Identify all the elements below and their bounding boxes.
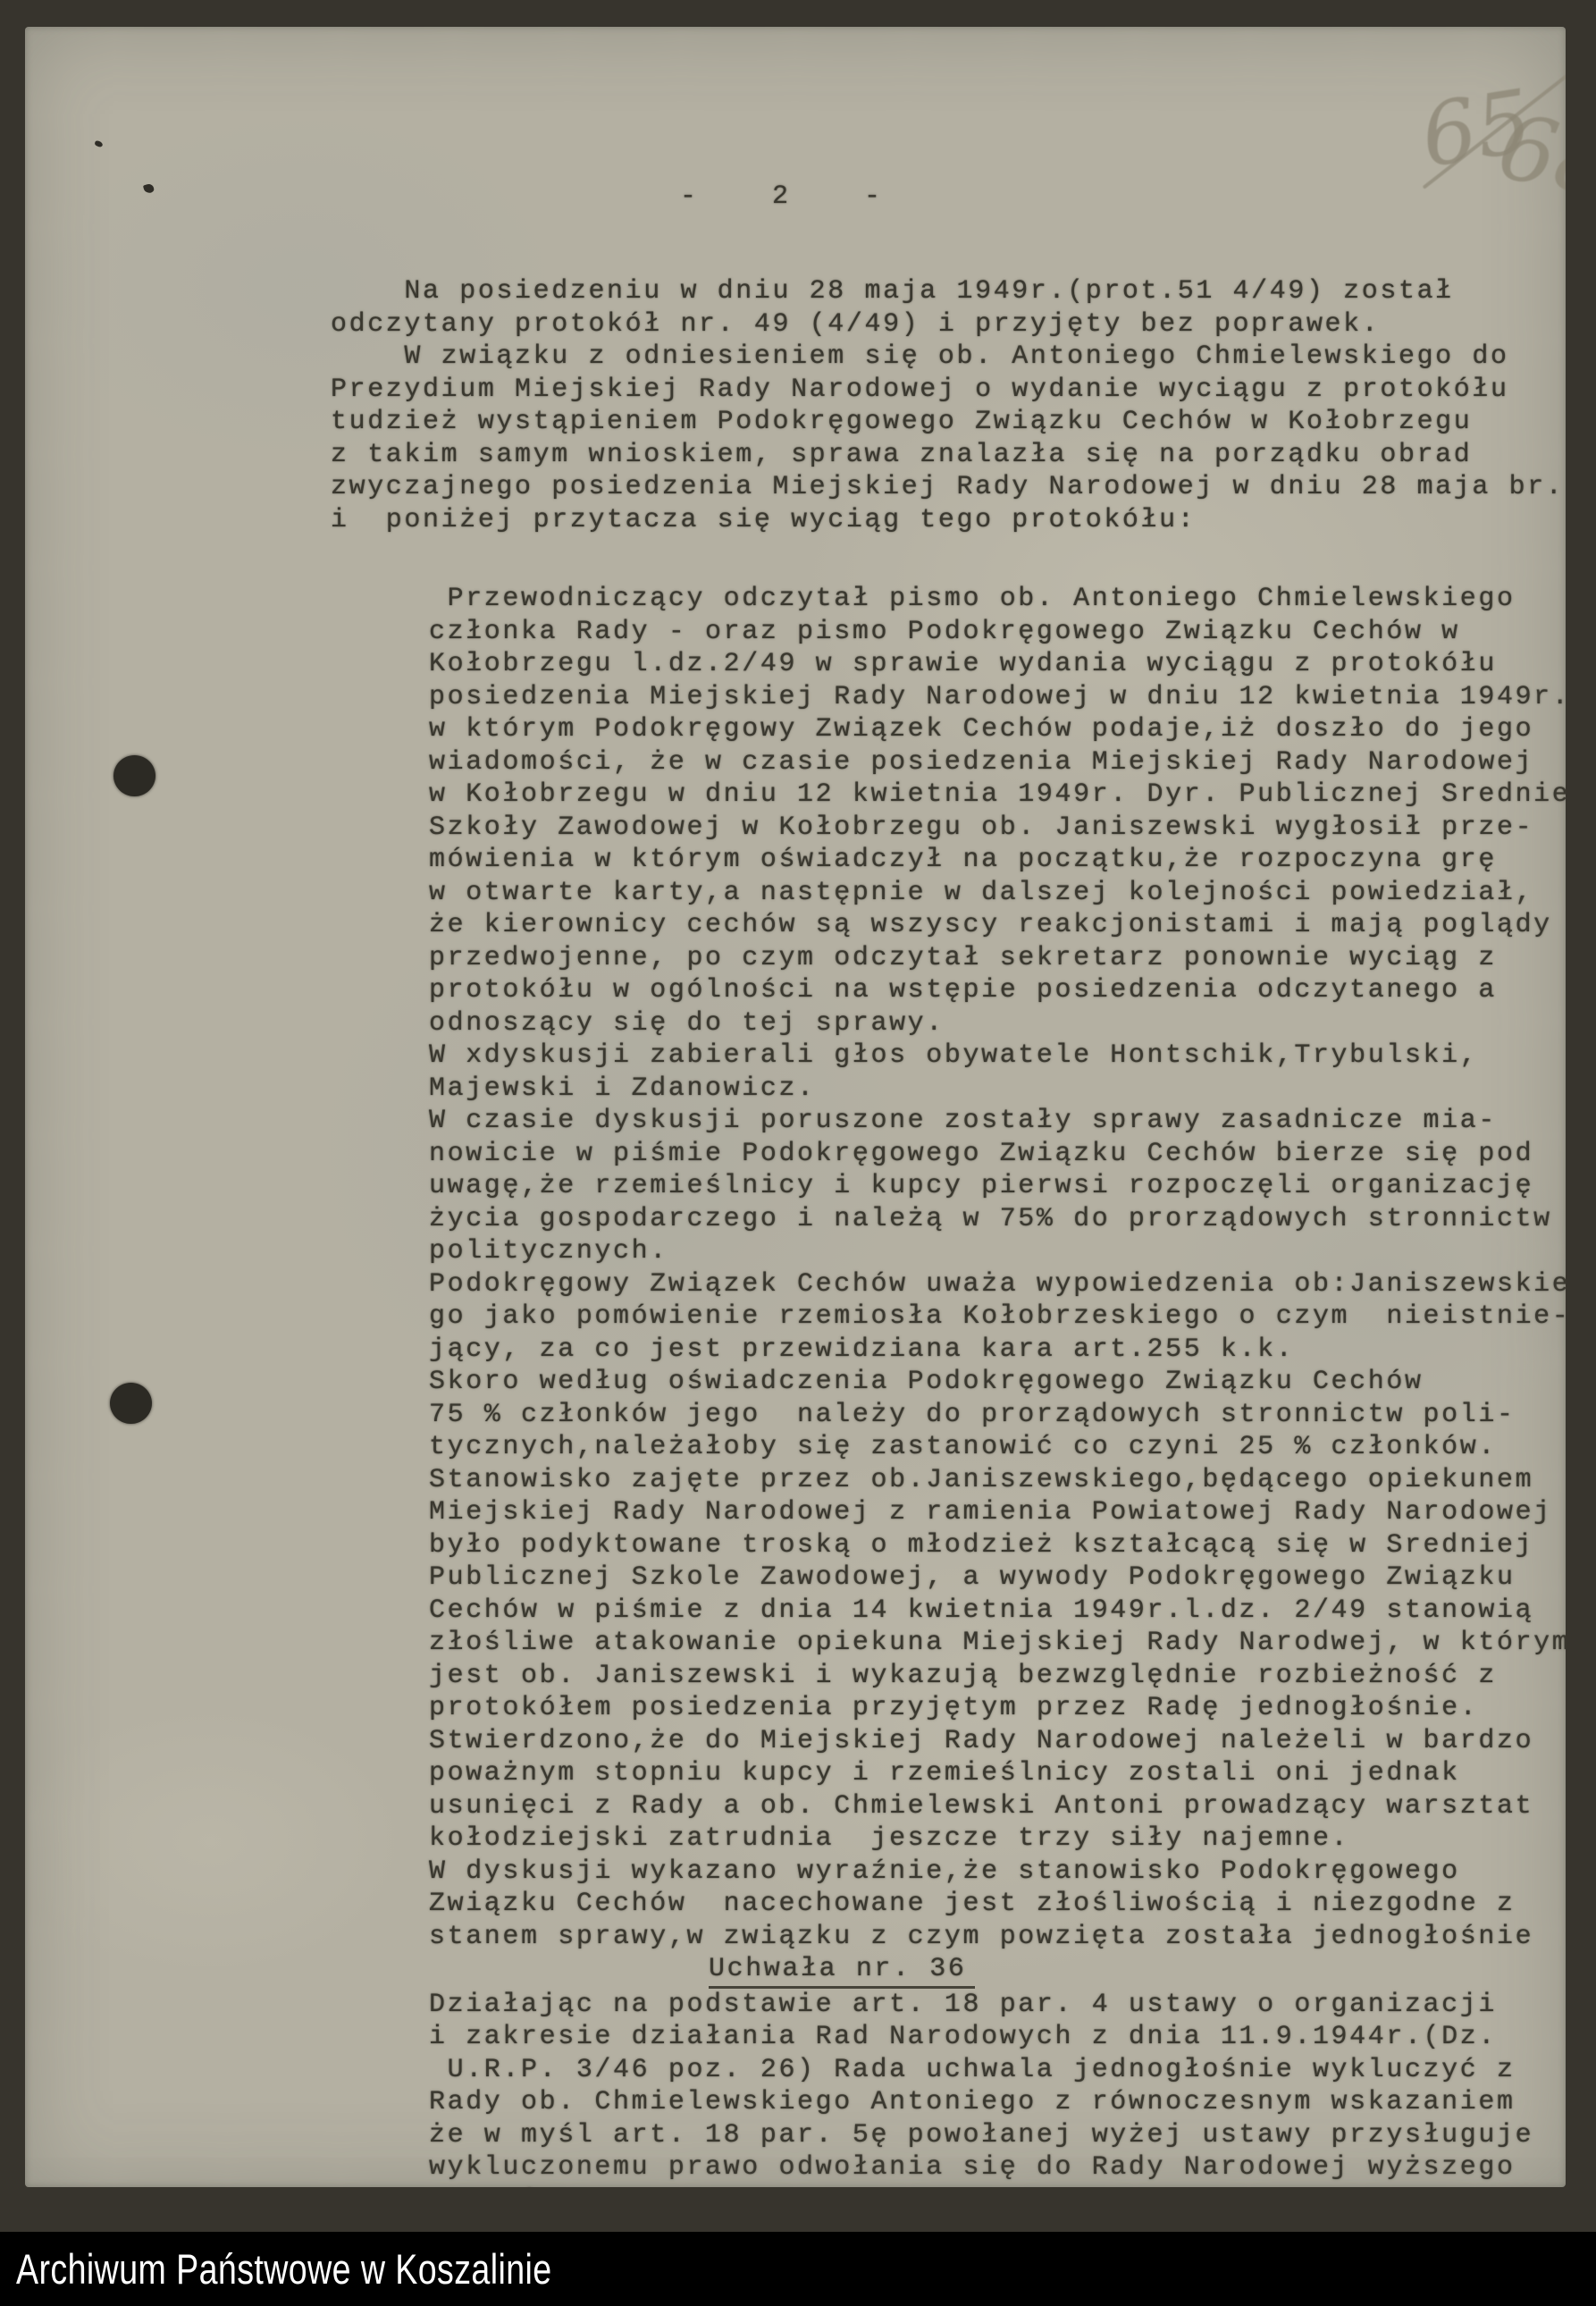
text-line: usunięci z Rady a ob. Chmielewski Antoni… (429, 1790, 1566, 1823)
text-line: i zakresie działania Rad Narodowych z dn… (429, 2021, 1566, 2054)
text-line: go jako pomówienie rzemiosła Kołobrzeski… (429, 1300, 1566, 1334)
text-line: posiedzenia Miejskiej Rady Narodowej w d… (429, 681, 1566, 714)
text-line: U.R.P. 3/46 poz. 26) Rada uchwala jednog… (429, 2054, 1566, 2087)
text-line: Działając na podstawie art. 18 par. 4 us… (429, 1989, 1566, 2022)
text-line: Kołobrzegu l.dz.2/49 w sprawie wydania w… (429, 648, 1566, 681)
intro-paragraph: Na posiedzeniu w dniu 28 maja 1949r.(pro… (331, 275, 1566, 536)
text-line: W xdyskusji zabierali głos obywatele Hon… (429, 1039, 1566, 1073)
text-line: W dyskusji wykazano wyraźnie,że stanowis… (429, 1856, 1566, 1889)
text-line: Prezydium Miejskiej Rady Narodowej o wyd… (331, 374, 1566, 407)
text-line: przedwojenne, po czym odczytał sekretarz… (429, 942, 1566, 975)
text-line: że w myśl art. 18 par. 5ę powołanej wyże… (429, 2119, 1566, 2152)
text-line: że kierownicy cechów są wszyscy reakcjon… (429, 909, 1566, 942)
text-line: uwagę,że rzemieślnicy i kupcy pierwsi ro… (429, 1170, 1566, 1203)
document-page: - 2 - 65 68 Na posiedzeniu w dniu 28 maj… (25, 27, 1566, 2187)
text-line: wiadomości, że w czasie posiedzenia Miej… (429, 746, 1566, 779)
punch-hole-top (113, 755, 155, 796)
text-line: Majewski i Zdanowicz. (429, 1073, 1566, 1106)
text-line: protokółem posiedzenia przyjętym przez R… (429, 1692, 1566, 1725)
text-line: Stanowisko zajęte przez ob.Janiszewskieg… (429, 1464, 1566, 1497)
text-line: Na posiedzeniu w dniu 28 maja 1949r.(pro… (331, 275, 1566, 308)
text-line: odczytany protokół nr. 49 (4/49) i przyj… (331, 308, 1566, 341)
text-line: życia gospodarczego i należą w 75% do pr… (429, 1203, 1566, 1236)
text-line: Publicznej Szkole Zawodowej, a wywody Po… (429, 1561, 1566, 1595)
archive-caption: Archiwum Państwowe w Koszalinie (16, 2244, 552, 2293)
text-line: kołodziejski zatrudnia jeszcze trzy siły… (429, 1822, 1566, 1856)
text-line: w którym Podokręgowy Związek Cechów poda… (429, 713, 1566, 746)
text-line: W związku z odniesieniem się ob. Antonie… (331, 341, 1566, 374)
text-line: w otwarte karty,a następnie w dalszej ko… (429, 877, 1566, 910)
punch-hole-bottom (110, 1383, 152, 1424)
text-line: Przewodniczący odczytał pismo ob. Antoni… (429, 583, 1566, 616)
text-line: nowicie w piśmie Podokręgowego Związku C… (429, 1138, 1566, 1171)
text-line: Szkoły Zawodowej w Kołobrzegu ob. Janisz… (429, 812, 1566, 845)
text-line: Cechów w piśmie z dnia 14 kwietnia 1949r… (429, 1595, 1566, 1628)
text-line: poważnym stopniu kupcy i rzemieślnicy zo… (429, 1757, 1566, 1790)
text-line: Skoro według oświadczenia Podokręgowego … (429, 1366, 1566, 1399)
text-line: Stwierdzono,że do Miejskiej Rady Narodow… (429, 1725, 1566, 1758)
text-line: Podokręgowy Związek Cechów uważa wypowie… (429, 1268, 1566, 1301)
text-line: było podyktowane troską o młodzież kszta… (429, 1529, 1566, 1562)
scanned-document-view: - 2 - 65 68 Na posiedzeniu w dniu 28 maj… (0, 0, 1596, 2306)
text-line: politycznych. (429, 1235, 1566, 1268)
ink-speck (94, 140, 104, 148)
text-line: wykluczonemu prawo odwołania się do Rady… (429, 2151, 1566, 2184)
text-line: i poniżej przytacza się wyciąg tego prot… (331, 504, 1566, 537)
text-line: W czasie dyskusji poruszone zostały spra… (429, 1105, 1566, 1138)
text-line: zwyczajnego posiedzenia Miejskiej Rady N… (331, 471, 1566, 504)
text-line: złośliwe atakowanie opiekuna Miejskiej R… (429, 1627, 1566, 1660)
ink-speck (143, 183, 155, 195)
text-line: odnoszący się do tej sprawy. (429, 1007, 1566, 1040)
text-line: tudzież wystąpieniem Podokręgowego Związ… (331, 406, 1566, 439)
page-number: - 2 - (680, 181, 883, 214)
resolution-heading: Uchwała nr. 36 (709, 1953, 975, 1989)
resolution-heading-line: Uchwała nr. 36 (429, 1953, 1566, 1989)
text-line: tycznych,należałoby się zastanowić co cz… (429, 1431, 1566, 1464)
text-line: w Kołobrzegu w dniu 12 kwietnia 1949r. D… (429, 778, 1566, 812)
archive-caption-bar: Archiwum Państwowe w Koszalinie (0, 2232, 1596, 2306)
text-line: jący, za co jest przewidziana kara art.2… (429, 1334, 1566, 1367)
text-line: stanem sprawy,w związku z czym powzięta … (429, 1921, 1566, 1954)
text-line: stopnia. (429, 2184, 1566, 2188)
text-line: jest ob. Janiszewski i wykazują bezwzglę… (429, 1660, 1566, 1693)
excerpt-paragraph: Przewodniczący odczytał pismo ob. Antoni… (429, 583, 1566, 1953)
text-line: członka Rady - oraz pismo Podokręgowego … (429, 616, 1566, 649)
text-line: z takim samym wnioskiem, sprawa znalazła… (331, 439, 1566, 472)
resolution-paragraph: Działając na podstawie art. 18 par. 4 us… (429, 1989, 1566, 2188)
text-line: protokółu w ogólności na wstępie posiedz… (429, 974, 1566, 1007)
protocol-excerpt: Przewodniczący odczytał pismo ob. Antoni… (429, 583, 1566, 2187)
text-line: mówienia w którym oświadczył na początku… (429, 844, 1566, 877)
text-line: 75 % członków jego należy do prorządowyc… (429, 1399, 1566, 1432)
text-line: Miejskiej Rady Narodowej z ramienia Powi… (429, 1496, 1566, 1529)
text-line: Związku Cechów nacechowane jest złośliwo… (429, 1888, 1566, 1921)
text-line: Rady ob. Chmielewskiego Antoniego z równ… (429, 2086, 1566, 2119)
